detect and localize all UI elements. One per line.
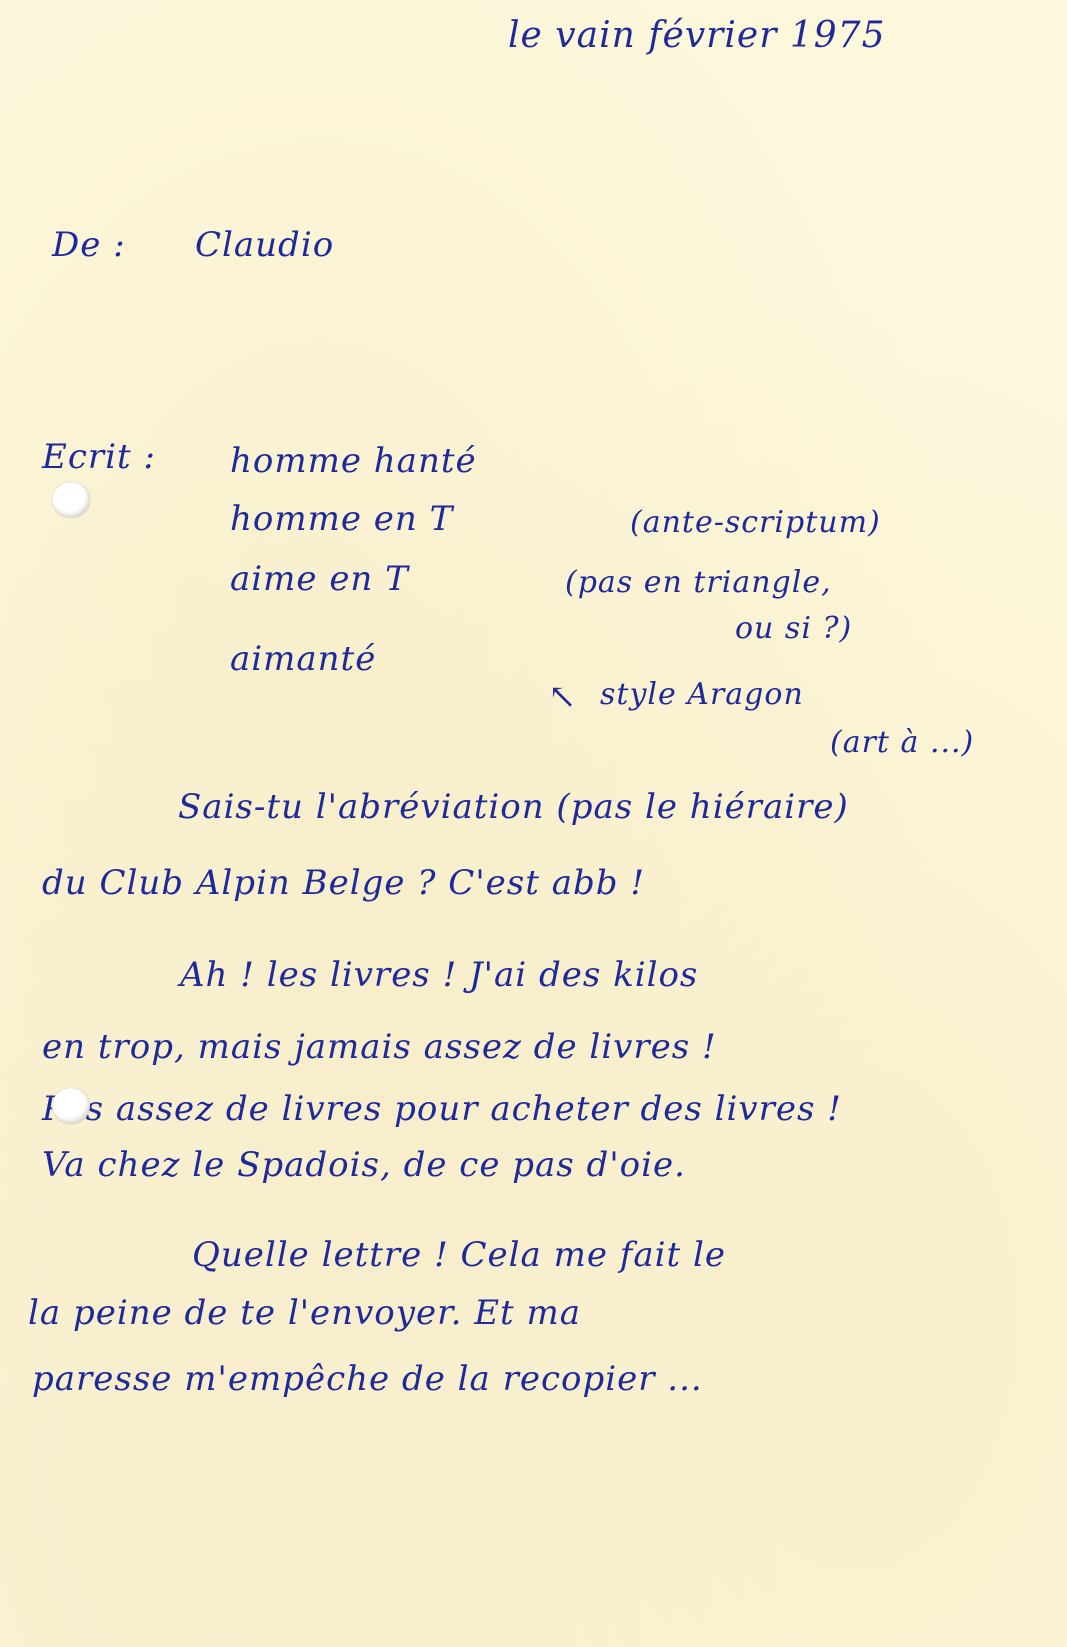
letter-date: le vain février 1975 <box>508 18 885 54</box>
note-triangle-line-2: ou si ?) <box>735 614 852 644</box>
from-label: De : <box>52 228 126 262</box>
body-line-9: paresse m'empêche de la recopier ... <box>32 1362 703 1396</box>
letter-page: le vain février 1975 De : Claudio Ecrit … <box>0 0 1067 1647</box>
body-line-2: du Club Alpin Belge ? C'est abb ! <box>42 866 645 900</box>
body-line-4: en trop, mais jamais assez de livres ! <box>42 1030 717 1064</box>
body-line-1: Sais-tu l'abréviation (pas le hiéraire) <box>178 790 849 824</box>
ecrit-label: Ecrit : <box>42 440 156 474</box>
body-line-5: Pas assez de livres pour acheter des liv… <box>42 1092 842 1126</box>
ecrit-line-3: aime en T <box>230 562 409 596</box>
ecrit-line-4: aimanté <box>230 642 376 676</box>
from-name: Claudio <box>195 228 334 262</box>
note-ante-scriptum: (ante-scriptum) <box>630 508 881 538</box>
body-line-8: la peine de te l'envoyer. Et ma <box>28 1296 581 1330</box>
punch-hole-top <box>52 482 90 518</box>
note-triangle-line-1: (pas en triangle, <box>565 568 832 598</box>
punch-hole-bottom <box>52 1088 90 1124</box>
ecrit-line-2: homme en T <box>230 502 453 536</box>
arrow-up-left-icon: ↖ <box>548 680 578 714</box>
body-line-3: Ah ! les livres ! J'ai des kilos <box>180 958 698 992</box>
body-line-6: Va chez le Spadois, de ce pas d'oie. <box>42 1148 686 1182</box>
ecrit-line-1: homme hanté <box>230 444 477 478</box>
note-style-aragon: style Aragon <box>600 680 804 710</box>
body-line-7: Quelle lettre ! Cela me fait le <box>192 1238 726 1272</box>
note-art: (art à ...) <box>830 728 974 758</box>
